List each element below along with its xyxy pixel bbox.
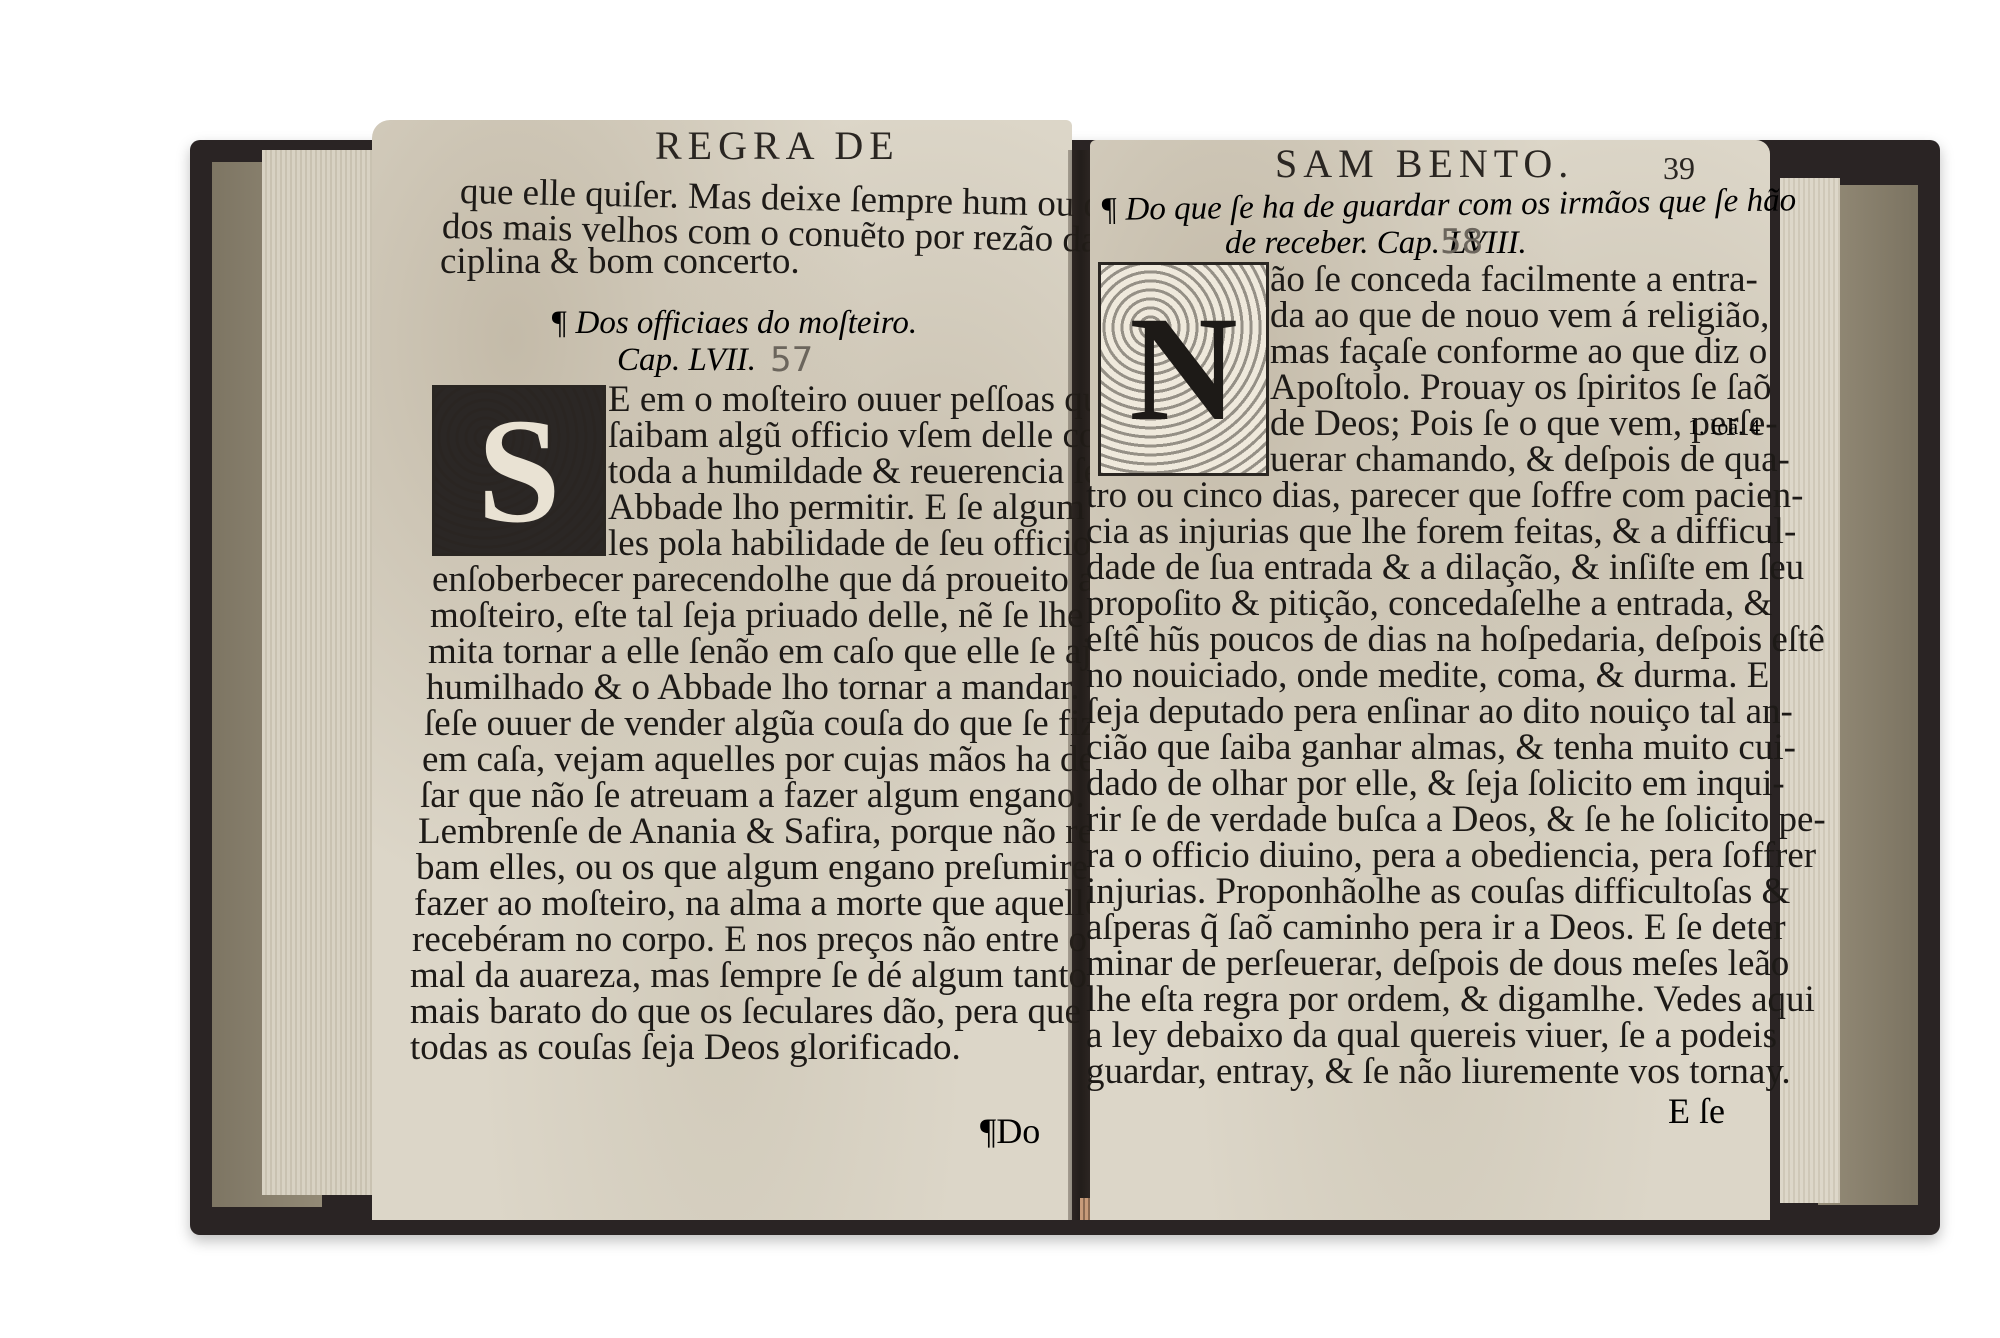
right-running-head: SAM BENTO. [1275,140,1574,187]
pencil-annotation: 58 [1440,222,1483,262]
chapter-heading: ¶ Dos officiaes do moſteiro. [550,305,917,342]
initial-letter: N [1129,283,1237,455]
marginal-note: 1. Ioã. 4 [1688,414,1760,440]
text-line: guardar, entray, & ſe não liuremente vos… [1086,1050,1791,1093]
decorated-initial-s: S [432,385,606,556]
left-page-stack [262,150,382,1195]
text-line: todas as couſas ſeja Deos glorificado. [410,1026,961,1069]
chapter-number: Cap. LVII. [617,342,756,379]
decorated-initial-n: N [1098,262,1269,476]
page-number: 39 [1663,150,1695,187]
left-running-head: REGRA DE [655,122,900,169]
pencil-annotation: 57 [770,340,813,380]
catchword: E ſe [1668,1090,1725,1132]
text-line: ciplina & bom concerto. [440,240,800,283]
catchword: ¶Do [980,1110,1040,1152]
initial-letter: S [477,385,560,557]
